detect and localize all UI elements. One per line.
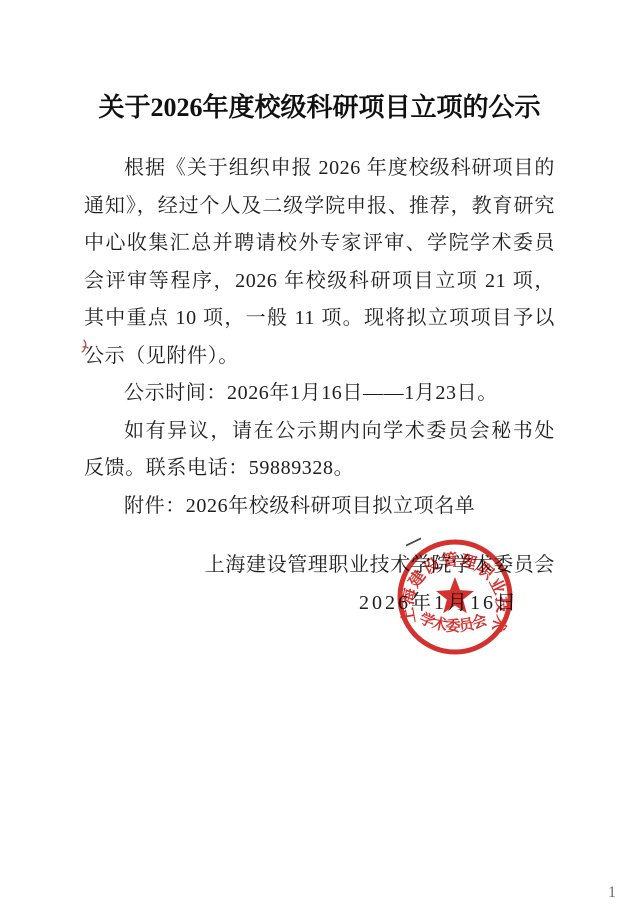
paragraph-publicity-period: 公示时间：2026年1月16日——1月23日。 <box>84 375 555 413</box>
signature-date: 2026年1月16日 <box>84 585 555 623</box>
signature-organization: 上海建设管理职业技术学院学术委员会 <box>84 547 555 585</box>
document-page: 关于2026年度校级科研项目立项的公示 根据《关于组织申报 2026 年度校级科… <box>0 0 639 906</box>
signature-block: 上海建设管理职业技术学院学术委员会 2026年1月16日 <box>84 547 555 622</box>
red-ink-artifact <box>80 338 90 354</box>
page-title: 关于2026年度校级科研项目立项的公示 <box>84 90 555 126</box>
paragraph-objection-contact: 如有异议，请在公示期内向学术委员会秘书处反馈。联系电话：59889328。 <box>84 413 555 488</box>
document-content: 关于2026年度校级科研项目立项的公示 根据《关于组织申报 2026 年度校级科… <box>84 90 555 622</box>
paragraph-intro: 根据《关于组织申报 2026 年度校级科研项目的通知》，经过个人及二级学院申报、… <box>84 150 555 375</box>
page-number: 1 <box>600 883 624 903</box>
paragraph-attachment: 附件：2026年校级科研项目拟立项名单 <box>84 488 555 526</box>
